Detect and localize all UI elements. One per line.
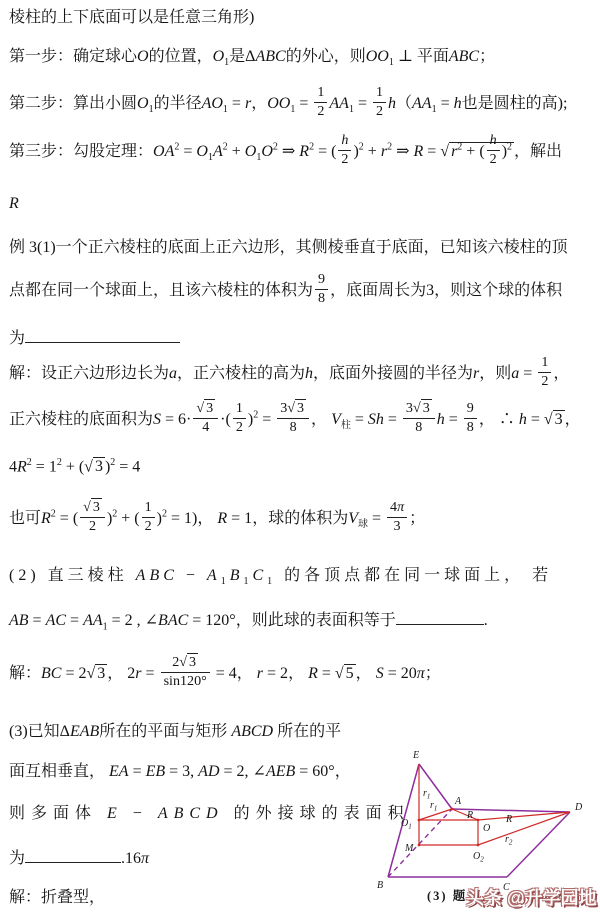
text-run: ； [479,48,495,65]
text-run: = [258,411,275,428]
math-var: R [41,510,51,527]
math-var: R [413,143,423,160]
math-var: AA [329,95,349,112]
subscript: 球 [358,519,368,530]
text-run: ，正六棱柱的高为 [177,365,305,382]
math-var: AB [9,612,29,629]
text-run: = 2 , [108,612,145,629]
sqrt: √r2 + (h2)2 [440,142,514,160]
text-run: 解：设正六边形边长为 [9,365,169,382]
math-var: AC [46,612,66,629]
math-var: h [490,132,497,148]
math-var: h [454,95,462,112]
text-line-l20: 解：折叠型， [9,888,105,909]
text-run: 解：折叠型， [9,889,105,906]
text-run: = [228,95,245,112]
math-var: AA [412,95,432,112]
text-run: 平面 [417,48,449,65]
diagram-measure-label-r1: r1 [430,800,437,813]
text-run: 3 [206,400,213,416]
text-run: 2 [317,103,324,119]
text-run: 例 3(1)一个正六棱柱的底面上正六边形，其侧棱垂直于底面，已知该六棱柱的顶 [9,239,568,256]
text-run: ⊥ [394,48,417,65]
text-run: 也是圆柱的高); [462,95,568,112]
math-var: BAC [158,612,188,629]
diagram-dot-O1 [418,819,421,822]
text-run: ， [553,365,569,382]
text-run: = [368,510,385,527]
radical-icon: √ [87,665,96,682]
text-run: 2 [541,373,548,389]
text-line-l8: 为 [9,327,180,350]
answer-blank [25,847,121,863]
text-run: 4 [9,458,17,475]
math-var: h [305,365,313,382]
text-run: 的位置， [149,48,213,65]
math-var: ABC [136,567,178,584]
text-run: ， [251,95,267,112]
text-run: = [354,95,371,112]
sqrt: √3 [287,399,306,416]
sqrt: √3 [87,664,108,682]
superscript: 2 [507,141,512,152]
text-run: = 60° [295,763,334,780]
subscript: 1 [267,576,276,587]
text-run: 解： [9,665,41,682]
text-line-l10: 正六棱柱的底面积为S = 6·√34·(12)2 = 3√38， V柱 = Sh… [9,402,581,438]
sqrt: √3 [83,498,102,515]
text-run: ， [565,411,581,428]
math-var: π [397,499,404,515]
text-run: ，解出 [514,143,562,160]
sqrt: √3 [179,653,198,670]
text-line-l5: R [9,194,19,215]
subscript: 柱 [341,420,351,431]
text-run: = [423,143,440,160]
text-run: 3 [423,400,430,416]
math-var: O [196,143,208,160]
text-line-l1: 棱柱的上下底面可以是任意三角形) [9,8,254,29]
text-line-l19: 为.16π [9,847,149,870]
text-run: 的半径 [154,95,202,112]
math-var: C [252,567,267,584]
text-run: 3 [426,282,434,299]
text-run: = 3, [165,763,198,780]
text-run: = 20 [384,665,417,682]
math-var: EAB [70,723,99,740]
math-var: h [519,411,527,428]
math-var: OO [366,48,389,65]
text-run: = 2 [263,665,288,682]
diagram-point-label-E: E [412,750,419,761]
text-run: = [66,612,83,629]
diagram-point-label-O2: O2 [473,851,484,864]
diagram-dot-O2 [477,844,480,847]
text-run: 则多面体 [9,805,107,822]
fraction: 4π3 [387,499,407,535]
text-line-l7: 点都在同一个球面上，且该六棱柱的体积为98，底面周长为3，则这个球的体积 [9,273,562,309]
radical-icon: √ [440,143,449,160]
text-run: = ( [56,510,78,527]
text-run: = 2, [220,763,253,780]
radical-icon: √ [84,458,93,475]
text-run: 8 [467,419,474,435]
text-run: 为 [9,850,25,867]
text-run: ，则这个球的体积 [434,282,562,299]
math-var: ABCD [231,723,273,740]
math-var: A [207,567,221,584]
text-run: + ( [62,458,84,475]
math-var: h [437,411,445,428]
subscript: 1 [221,576,230,587]
text-run: = [32,458,49,475]
text-run: 2 [145,518,152,534]
text-run: 为 [9,330,25,347]
diagram-caption: (3) 题 [427,886,467,904]
text-run: = ( [314,143,336,160]
text-run: ，底面外接圆的半径为 [313,365,473,382]
text-run: 8 [415,419,422,435]
radical-icon: √ [413,400,421,416]
text-run: = [318,665,335,682]
text-run: （ [396,95,412,112]
text-run: 1 [376,84,383,100]
text-run: 也可 [9,510,41,527]
math-var: S [376,665,384,682]
text-run: 第一步：确定球心 [9,48,137,65]
text-run: 9 [467,400,474,416]
text-run: = [527,411,544,428]
text-run: = [384,411,401,428]
math-var: AO [202,95,223,112]
diagram-measure-label-R: R [466,810,473,821]
diagram-point-label-M: M [404,843,414,854]
text-run: = 1 [227,510,252,527]
text-line-l16: (3)已知ΔEAB所在的平面与矩形 ABCD 所在的平 [9,722,341,743]
text-run: (2) 直三棱柱 [9,567,136,584]
diagram-point-label-A: A [454,796,462,807]
text-run: 8 [290,419,297,435]
math-var: R [17,458,27,475]
fraction: 98 [464,400,477,436]
math-var: π [141,850,149,867]
text-run: ·( [220,411,231,428]
text-line-l15: 解：BC = 2√3， 2r = 2√3sin120° = 4， r = 2， … [9,656,441,692]
text-run: ，则 [479,365,511,382]
fraction: 12 [314,84,327,120]
text-run: = [445,411,462,428]
text-run: ； [409,510,425,527]
text-line-l3: 第二步：算出小圆O1的半径AO1 = r，OO1 = 12AA1 = 12h（A… [9,86,567,122]
text-line-l17: 面互相垂直， EA = EB = 3, AD = 2, ∠AEB = 60°， [9,762,351,783]
radical-icon: √ [196,400,204,416]
text-run: ，则此球的表面积等于 [236,612,396,629]
document-page: 棱柱的上下底面可以是任意三角形)第一步：确定球心O的位置，O1是ΔABC的外心，… [0,0,600,918]
sqrt: √5 [335,664,356,682]
math-var: B [230,567,244,584]
radical-icon: √ [83,499,91,515]
text-run: 3 [97,665,105,682]
fraction: 2√3sin120° [161,654,210,690]
diagram-measure-label-r2: r2 [505,834,513,847]
fraction: 12 [373,84,386,120]
text-run: 点都在同一个球面上，且该六棱柱的体积为 [9,282,313,299]
math-var: V [331,411,341,428]
math-var: EA [109,763,129,780]
text-run: 1 [49,458,57,475]
sqrt: √3 [544,410,565,428]
text-run: 面互相垂直， [9,763,109,780]
text-run: 3 [189,654,196,670]
math-var: R [217,510,227,527]
math-var: A [213,143,223,160]
diagram-dot-O [477,819,480,822]
math-var: h [341,132,348,148]
watermark: 头条 @升学园地 [466,884,597,910]
text-run: + ( [462,143,484,160]
text-run: ， [335,763,351,780]
text-line-l12: 也可R2 = (√32)2 + (12)2 = 1)， R = 1，球的体积为V… [9,501,425,537]
fraction: √34 [193,400,218,436]
math-var: AEB [266,763,295,780]
math-var: Sh [368,411,384,428]
text-run: 8 [318,290,325,306]
text-run: (3)已知 [9,723,60,740]
text-run: 第三步：勾股定理： [9,143,153,160]
text-run: = [29,612,46,629]
math-var: E [107,805,123,822]
text-run: 1 [145,499,152,515]
diagram-measure-label-R: R [505,814,512,825]
diagram-red-edge-O2D [478,812,570,845]
fraction: h2 [338,132,351,168]
diagram-edge-EA [419,764,452,809]
text-run: 3 [93,499,100,515]
math-var: O [245,143,257,160]
text-run: = [295,95,312,112]
radical-icon: √ [287,400,295,416]
text-run: .16 [121,850,141,867]
text-line-l13: (2) 直三棱柱 ABC − A1B1C1 的各顶点都在同一球面上， 若 [9,566,552,588]
text-run: = [351,411,368,428]
diagram-point-label-O1: O1 [401,818,412,831]
text-run: 1 [317,84,324,100]
text-line-l11: 4R2 = 12 + (√3)2 = 4 [9,456,140,478]
text-run: = [142,665,159,682]
text-line-l6: 例 3(1)一个正六棱柱的底面上正六边形，其侧棱垂直于底面，已知该六棱柱的顶 [9,238,568,259]
text-run: + [228,143,245,160]
text-run: = 4 [115,458,140,475]
text-run: = [519,365,536,382]
text-run: 4 [202,419,209,435]
text-run: = 120° [188,612,235,629]
answer-blank [25,327,180,343]
text-run: 2 [376,103,383,119]
text-run: 正六棱柱的底面积为 [9,411,153,428]
text-run: = 6· [161,411,191,428]
text-run: ， [237,665,257,682]
text-run: 2 [236,419,243,435]
text-run: 的各顶点都在同一球面上， 若 [276,567,552,584]
fraction: 98 [315,271,328,307]
text-run: 3 [95,458,103,475]
text-run: 4 [390,499,397,515]
math-var: a [169,365,177,382]
text-run: 3 [394,518,401,534]
text-run: Δ [245,48,255,65]
text-run: ， [107,665,127,682]
fraction: 3√38 [403,400,435,436]
math-var: V [348,510,358,527]
math-var: π [417,665,425,682]
text-run: 的外心，则 [286,48,366,65]
text-run: Δ [60,723,70,740]
math-var: AA [83,612,103,629]
math-var: AD [198,763,219,780]
math-var: OO [267,95,290,112]
math-var: ABCD [158,805,224,822]
diagram-dot-M [418,844,421,847]
text-run: 2 [490,151,497,167]
text-run: ， [356,665,376,682]
sqrt: √3 [84,457,105,475]
fraction: h2 [487,132,500,168]
diagram-measure-label-r1: r1 [423,788,430,801]
text-run: = [179,143,196,160]
diagram-dot-A [451,808,454,811]
diagram-point-label-B: B [377,880,383,891]
fraction: 12 [142,499,155,535]
fraction: 3√38 [277,400,309,436]
text-run: 3 [406,400,413,416]
text-line-l14: AB = AC = AA1 = 2 , ∠BAC = 120°，则此球的表面积等… [9,609,488,633]
fraction: √32 [80,499,105,535]
radical-icon: √ [335,665,344,682]
fraction: 12 [233,400,246,436]
text-run: 3 [555,411,563,428]
math-var: O [213,48,225,65]
diagram-point-label-O: O [483,823,490,834]
math-var: S [153,411,161,428]
text-run: . [484,612,488,629]
text-run: ∠ [253,763,266,780]
math-var: ABC [255,48,285,65]
text-line-l4: 第三步：勾股定理：OA2 = O1A2 + O1O2 ⇒ R2 = (h2)2 … [9,134,562,170]
diagram-point-label-D: D [574,802,583,813]
math-var: O [137,48,149,65]
text-run: ，底面周长为 [330,282,426,299]
text-run: 是 [229,48,245,65]
text-run: 5 [346,665,354,682]
text-run: 3 [280,400,287,416]
math-var: OA [153,143,174,160]
text-run: = 1) [167,510,197,527]
text-run: ⇒ [278,143,299,160]
text-run: ⇒ [392,143,413,160]
text-line-l9: 解：设正六边形边长为a，正六棱柱的高为h，底面外接圆的半径为r，则a = 12， [9,356,569,392]
sqrt: √3 [413,399,432,416]
text-run: sin120° [164,673,207,689]
text-run: = 2 [61,665,86,682]
math-var: ABC [449,48,479,65]
sqrt: √3 [196,399,215,416]
math-var: O [137,95,149,112]
text-run: ∠ [145,612,158,629]
text-run: + [364,143,381,160]
text-run: 第二步：算出小圆 [9,95,137,112]
math-var: BC [41,665,61,682]
text-run: 1 [236,400,243,416]
text-run: 2 [341,151,348,167]
text-run: ， ∴ [479,411,519,428]
text-run: ， [288,665,308,682]
text-run: = [437,95,454,112]
math-var: EB [146,763,166,780]
answer-blank [396,609,484,625]
math-var: R [299,143,309,160]
text-run: 2 [172,654,179,670]
text-run: + ( [117,510,139,527]
fraction: 12 [538,354,551,390]
text-line-l2: 第一步：确定球心O的位置，O1是ΔABC的外心，则OO1 ⊥ 平面ABC； [9,47,495,69]
math-var: h [388,95,396,112]
math-var: R [308,665,318,682]
radical-icon: √ [544,411,553,428]
text-line-l18: 则多面体 E − ABCD 的外接球的表面积 [9,804,410,825]
diagram-red-edge-OD [478,812,570,820]
text-run: ； [425,665,441,682]
text-run: = 4 [212,665,237,682]
diagram-red-edge-AO [452,809,478,820]
text-run: 1 [541,354,548,370]
text-run: 3 [297,400,304,416]
math-var: O [261,143,273,160]
text-run: 所在的平 [273,723,341,740]
text-run: ， [197,510,217,527]
text-run: − [123,805,158,822]
text-run: 所在的平面与矩形 [99,723,231,740]
text-run: − [178,567,207,584]
text-run: 2 [89,518,96,534]
text-run: 棱柱的上下底面可以是任意三角形) [9,9,254,26]
diagram-edge-CD [507,812,570,877]
text-run: ，球的体积为 [252,510,348,527]
math-var: R [9,195,19,212]
text-run: ， [311,411,331,428]
text-run: 9 [318,271,325,287]
text-run: = [129,763,146,780]
